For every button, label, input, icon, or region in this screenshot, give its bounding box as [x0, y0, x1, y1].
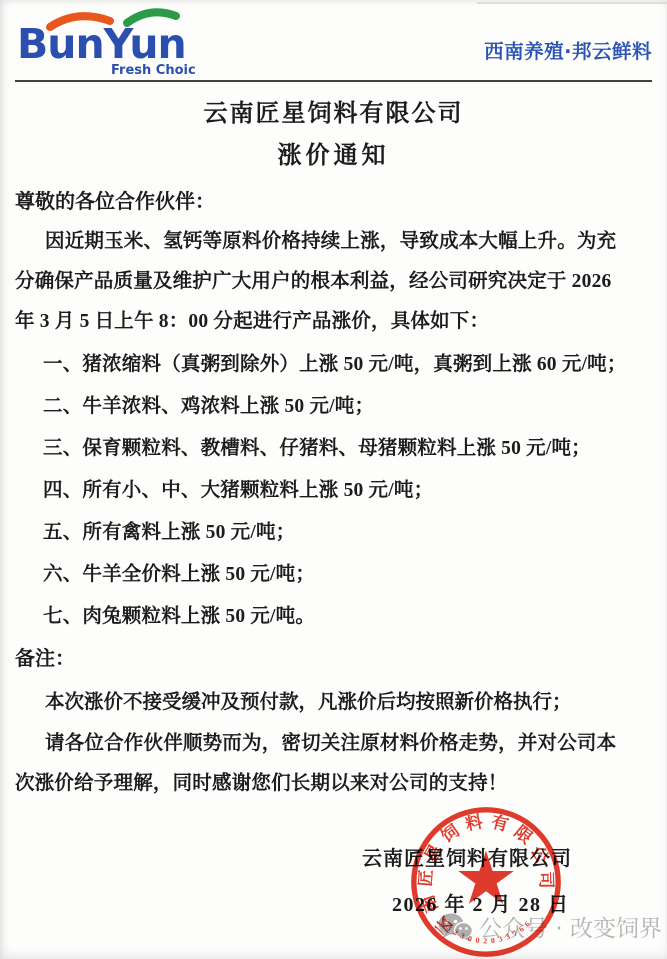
- intro-paragraph: 因近期玉米、氢钙等原料价格持续上涨，导致成本大幅上升。为充 分确保产品质量及维护…: [15, 222, 652, 342]
- list-item: 三、保育颗粒料、教槽料、仔猪料、母猪颗粒料上涨 50 元/吨；: [15, 428, 652, 470]
- logo-wordmark: BunYun: [17, 20, 186, 68]
- company-title: 云南匠星饲料有限公司: [15, 98, 652, 130]
- company-seal-stamp: 云南匠星饲料有限公司 5323002033766: [408, 804, 564, 959]
- seal-star-icon: [458, 851, 514, 904]
- letterhead: BunYun Fresh Choices 西南养殖·邦云鲜料: [15, 0, 652, 82]
- list-item: 二、牛羊浓料、鸡浓料上涨 50 元/吨；: [15, 386, 652, 428]
- notice-title: 涨价通知: [15, 140, 652, 172]
- closing-paragraph: 请各位合作伙伴顺势而为，密切关注原材料价格走势，并对公司本 次涨价给予理解，同时…: [15, 724, 652, 804]
- intro-line: 年 3 月 5 日上午 8：00 分起进行产品涨价，具体如下：: [15, 302, 652, 342]
- remark-label: 备注：: [15, 644, 652, 674]
- list-item: 五、所有禽料上涨 50 元/吨；: [15, 512, 652, 554]
- price-notice-document: BunYun Fresh Choices 西南养殖·邦云鲜料 云南匠星饲料有限公…: [0, 0, 667, 959]
- list-item: 四、所有小、中、大猪颗粒料上涨 50 元/吨；: [15, 470, 652, 512]
- scan-edge-line: [477, 2, 667, 4]
- list-item: 七、肉兔颗粒料上涨 50 元/吨。: [15, 596, 652, 638]
- salutation: 尊敬的各位合作伙伴：: [15, 188, 652, 216]
- list-item: 一、猪浓缩料（真粥到除外）上涨 50 元/吨，真粥到上涨 60 元/吨；: [15, 344, 652, 386]
- logo-tagline: Fresh Choices: [111, 63, 195, 76]
- list-item: 六、牛羊全价料上涨 50 元/吨；: [15, 554, 652, 596]
- price-increase-list: 一、猪浓缩料（真粥到除外）上涨 50 元/吨，真粥到上涨 60 元/吨； 二、牛…: [15, 344, 652, 638]
- intro-line: 因近期玉米、氢钙等原料价格持续上涨，导致成本大幅上升。为充: [15, 222, 652, 262]
- closing-line: 次涨价给予理解，同时感谢您们长期以来对公司的支持！: [15, 764, 652, 804]
- intro-line: 分确保产品质量及维护广大用户的根本利益，经公司研究决定于 2026: [15, 262, 652, 302]
- closing-line: 请各位合作伙伴顺势而为，密切关注原材料价格走势，并对公司本: [15, 724, 652, 764]
- bunyun-logo: BunYun Fresh Choices: [15, 0, 195, 76]
- signature-block: 云南匠星饲料有限公司 2026 年 2 月 28 日 云南匠星饲料有限公司 53…: [15, 804, 652, 955]
- remark-text: 本次涨价不接受缓冲及预付款，凡涨价后均按照新价格执行；: [15, 682, 652, 724]
- brand-slogan: 西南养殖·邦云鲜料: [484, 36, 652, 64]
